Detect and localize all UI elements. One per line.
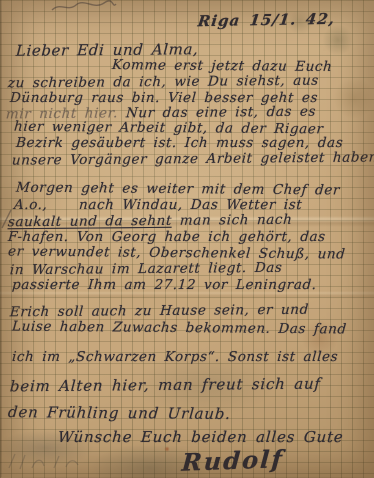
- letter-line: saukalt und da sehnt man sich nach: [7, 212, 292, 230]
- letter-line: Erich soll auch zu Hause sein, er und: [9, 302, 309, 321]
- letter-line: F-hafen. Von Georg habe ich gehört, das: [7, 229, 326, 245]
- letter-line: er verwundet ist, Oberschenkel Schuß, un…: [7, 244, 346, 263]
- closing-line: Wünsche Euch beiden alles Gute: [57, 428, 344, 446]
- letter-page: Riga 15/1. 42, Lieber Edi und Alma, Komm…: [0, 0, 374, 478]
- letter-line: beim Alten hier, man freut sich auf: [9, 375, 321, 396]
- letter-line: A.o., nach Windau, Das Wetter ist: [13, 197, 302, 213]
- letter-line: Bezirk gesäubert ist. Ich muss sagen, da…: [15, 135, 343, 151]
- underlined-phrase: saukalt und da sehnt: [7, 213, 172, 230]
- letter-line: in Warschau im Lazarett liegt. Das: [9, 260, 283, 278]
- letter-line: Luise haben Zuwachs bekommen. Das fand: [11, 319, 347, 338]
- faint-pencil-marks: [6, 450, 86, 474]
- letter-line: passierte Ihm am 27.12 vor Leningrad.: [11, 277, 317, 293]
- letter-line: ich im „Schwarzen Korps“. Sonst ist alle…: [11, 349, 338, 365]
- date-line: Riga 15/1. 42,: [197, 10, 336, 30]
- letter-line: Morgen geht es weiter mit dem Chef der: [15, 180, 340, 199]
- letter-line: den Frühling und Urlaub.: [7, 403, 231, 423]
- letter-line: unsere Vorgänger ganze Arbeit geleistet …: [11, 149, 374, 168]
- signature: Rudolf: [181, 444, 285, 477]
- letter-line: zu schreiben da ich, wie Du siehst, aus: [7, 73, 319, 92]
- cut-off-writing-fragment: [48, 0, 118, 14]
